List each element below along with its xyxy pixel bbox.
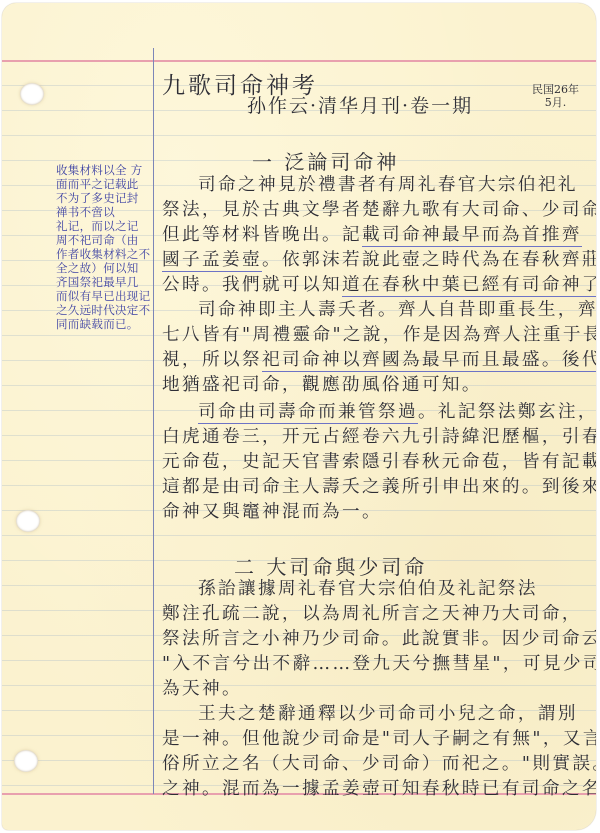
manuscript-line: 七八皆有"周禮靈命"之說，作是因為齊人注重于長生久 xyxy=(162,321,596,346)
punch-hole-bottom xyxy=(14,750,38,772)
manuscript-line: "入不言兮出不辭……登九天兮撫彗星"，可見少司命亦 xyxy=(162,650,596,675)
manuscript-line: 司命由司壽命而兼管祭過。礼記祭法鄭玄注， xyxy=(162,398,596,423)
margin-note-line: 作者收集材料之不 xyxy=(56,247,152,261)
margin-note-line: 同而缺载而已。 xyxy=(56,317,152,331)
margin-note-line: 齐国祭祀最早几 xyxy=(56,275,152,289)
margin-note-line: 不为了多史记封 xyxy=(56,191,152,205)
manuscript-line: 司命之神見於禮書者有周礼春官大宗伯祀礼 xyxy=(162,171,578,196)
manuscript-line: 鄭注孔疏二說，以為周礼所言之天神乃大司命， xyxy=(162,600,582,625)
manuscript-line: 但此等材料皆晚出。記載司命神最早而為首推齊 xyxy=(162,221,582,246)
ruled-line xyxy=(2,535,596,536)
manuscript-line: 地猶盛祀司命，觀應劭風俗通可知。 xyxy=(162,371,482,396)
manuscript-line: 王夫之楚辭通釋以少司命司小兒之命，謂別 xyxy=(162,700,578,725)
underlined-phrase: 祀司命神以齊國為最早而且最盛。後代齊 xyxy=(262,350,596,372)
margin-annotation: 收集材料以全 方面而平之记载此不为了多史记封禅书不啻以礼记，而以之记周不祀司命（… xyxy=(56,163,152,331)
margin-note-line: 礼记，而以之记 xyxy=(56,219,152,233)
manuscript-line: 國子孟姜壺。依郭沫若說此壺之時代為在春秋齊莊 xyxy=(162,246,596,271)
margin-note-line: 而似有早已出现记 xyxy=(56,289,152,303)
underlined-phrase: 道在春秋中葉已經有司命神了。 xyxy=(342,275,596,297)
margin-note-line: 周不祀司命（由 xyxy=(56,233,152,247)
document-date: 民国26年 5月. xyxy=(532,83,579,109)
manuscript-line: 俗所立之名（大司命、少司命）而祀之。"則實誤。因前者乃高禖 xyxy=(162,750,596,775)
margin-note-line: 面而平之记载此 xyxy=(56,177,152,191)
left-margin-rule xyxy=(153,48,154,794)
manuscript-line: 司命神即主人壽夭者。齊人自昔即重長生，齊系神 xyxy=(162,296,596,321)
punch-hole-top xyxy=(20,83,44,105)
underlined-phrase: 載司命神最早而為首推齊 xyxy=(362,225,582,247)
manuscript-line: 這都是由司命主人壽夭之義所引申出來的。到後來司 xyxy=(162,473,596,498)
header-pink-rule xyxy=(2,60,596,62)
manuscript-line: 為天神。 xyxy=(162,675,242,700)
manuscript-line: 命神又與竈神混而為一。 xyxy=(162,498,382,523)
manuscript-line: 祭法所言之小神乃少司命。此說實非。因少司命云： xyxy=(162,625,596,650)
document-byline: 孙作云·清华月刊·卷一期 xyxy=(247,91,473,118)
margin-note-line: 收集材料以全 方 xyxy=(56,163,152,177)
ruled-line xyxy=(2,685,596,686)
margin-note-line: 全之故）何以知 xyxy=(56,261,152,275)
margin-note-line: 之久远时代决定不 xyxy=(56,303,152,317)
margin-note-line: 禅书不啻以 xyxy=(56,205,152,219)
punch-hole-middle xyxy=(16,510,40,532)
notebook-page: 九歌司命神考 孙作云·清华月刊·卷一期 民国26年 5月. 收集材料以全 方面而… xyxy=(2,3,596,830)
manuscript-line: 祭法，見於古典文學者楚辭九歌有大司命、少司命之文 xyxy=(162,196,596,221)
manuscript-line: 公時。我們就可以知道在春秋中葉已經有司命神了。 xyxy=(162,271,596,296)
manuscript-line: 之神。混而為一據孟姜壺可知春秋時已有司命之名，非楚俗。 xyxy=(162,775,596,800)
manuscript-line: 是一神。但他說少司命是"司人子嗣之有無"，又言"皆楚 xyxy=(162,725,596,750)
manuscript-line: 孫詒讓據周礼春官大宗伯伯及礼記祭法 xyxy=(162,575,538,600)
ruled-line xyxy=(2,135,596,136)
manuscript-line: 白虎通卷三，开元占經卷六九引詩緯汜歷樞，引春秋 xyxy=(162,423,596,448)
underlined-phrase: 司命由司壽命而兼管祭過 xyxy=(198,402,418,424)
manuscript-line: 元命苞，史記天官書索隱引春秋元命苞，皆有記載。 xyxy=(162,448,596,473)
manuscript-line: 視，所以祭祀司命神以齊國為最早而且最盛。後代齊 xyxy=(162,346,596,371)
underlined-phrase: 國子孟姜壺 xyxy=(162,250,262,272)
